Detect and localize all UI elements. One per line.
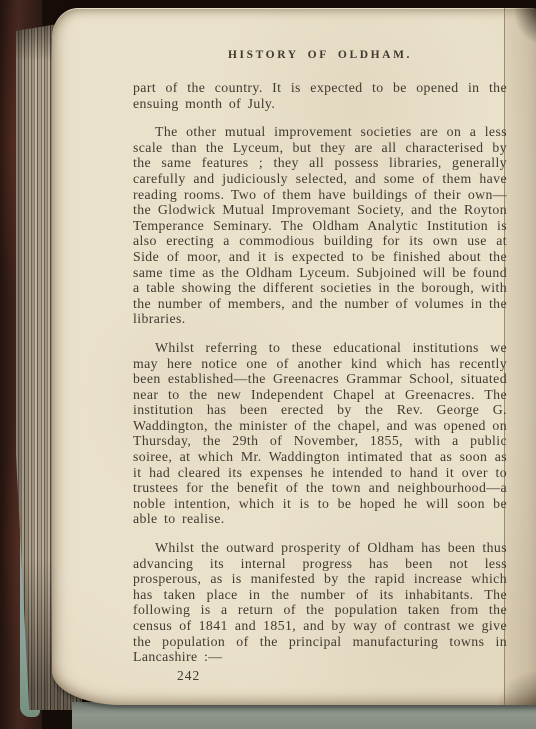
page-corner-shadow-top-right — [508, 8, 536, 56]
running-header: HISTORY OF OLDHAM. — [133, 48, 507, 62]
table-surface — [72, 702, 536, 729]
body-paragraph: Whilst referring to these educational in… — [133, 340, 507, 527]
page-number: 242 — [177, 668, 507, 684]
page-gutter-shadow — [504, 8, 536, 705]
book-photo: HISTORY OF OLDHAM. part of the country. … — [0, 0, 536, 729]
body-paragraph: The other mutual improvement societies a… — [133, 124, 507, 327]
book-page: HISTORY OF OLDHAM. part of the country. … — [52, 8, 536, 705]
body-paragraph: part of the country. It is expected to b… — [133, 80, 507, 111]
printed-text-block: HISTORY OF OLDHAM. part of the country. … — [133, 28, 507, 684]
body-paragraph: Whilst the outward prosperity of Oldham … — [133, 540, 507, 665]
